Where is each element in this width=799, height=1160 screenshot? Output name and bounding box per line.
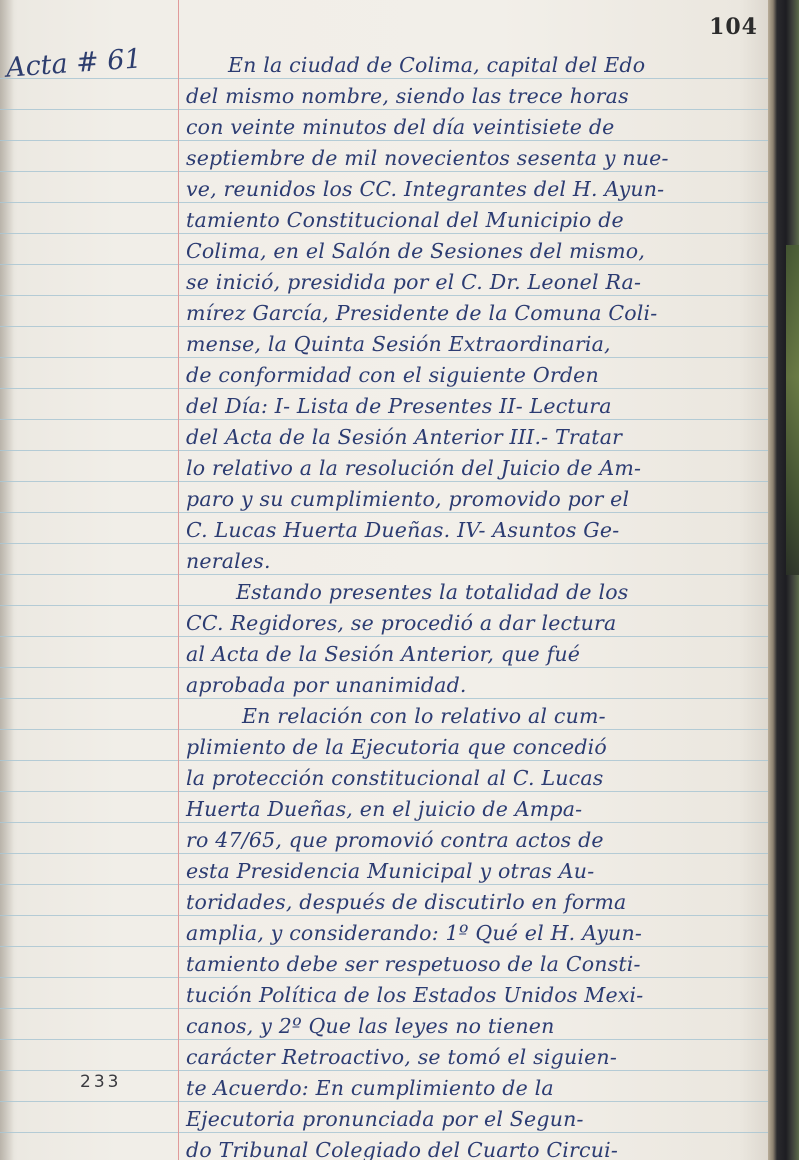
text-line: al Acta de la Sesión Anterior, que fué bbox=[186, 639, 580, 669]
text-line: mírez García, Presidente de la Comuna Co… bbox=[186, 298, 657, 328]
text-line: mense, la Quinta Sesión Extraordinaria, bbox=[186, 329, 611, 359]
text-line: tución Política de los Estados Unidos Me… bbox=[186, 980, 643, 1010]
text-line: En relación con lo relativo al cum- bbox=[242, 701, 606, 731]
text-line: se inició, presidida por el C. Dr. Leone… bbox=[186, 267, 641, 297]
text-line: Ejecutoria pronunciada por el Segun- bbox=[186, 1104, 584, 1134]
background-foliage bbox=[786, 245, 799, 575]
text-line: Estando presentes la totalidad de los bbox=[236, 577, 628, 607]
text-line: En la ciudad de Colima, capital del Edo bbox=[228, 50, 645, 80]
text-line: del Acta de la Sesión Anterior III.- Tra… bbox=[186, 422, 622, 452]
text-line: do Tribunal Colegiado del Cuarto Circui- bbox=[186, 1135, 618, 1160]
text-line: tamiento Constitucional del Municipio de bbox=[186, 205, 624, 235]
text-line: tamiento debe ser respetuoso de la Const… bbox=[186, 949, 641, 979]
text-line: septiembre de mil novecientos sesenta y … bbox=[186, 143, 669, 173]
text-line: de conformidad con el siguiente Orden bbox=[186, 360, 599, 390]
page-gutter-shadow bbox=[0, 0, 14, 1160]
text-line: ve, reunidos los CC. Integrantes del H. … bbox=[186, 174, 664, 204]
text-line: del Día: I- Lista de Presentes II- Lectu… bbox=[186, 391, 612, 421]
text-line: nerales. bbox=[186, 546, 271, 576]
text-line: aprobada por unanimidad. bbox=[186, 670, 467, 700]
text-line: con veinte minutos del día veintisiete d… bbox=[186, 112, 614, 142]
text-line: ro 47/65, que promovió contra actos de bbox=[186, 825, 604, 855]
book-binding-edge bbox=[768, 0, 799, 1160]
text-line: CC. Regidores, se procedió a dar lectura bbox=[186, 608, 616, 638]
text-line: carácter Retroactivo, se tomó el siguien… bbox=[186, 1042, 617, 1072]
ledger-page: 104 Acta # 61 233 En la ciudad de Colima… bbox=[0, 0, 768, 1160]
text-line: paro y su cumplimiento, promovido por el bbox=[186, 484, 629, 514]
text-line: te Acuerdo: En cumplimiento de la bbox=[186, 1073, 554, 1103]
text-line: la protección constitucional al C. Lucas bbox=[186, 763, 604, 793]
text-line: plimiento de la Ejecutoria que concedió bbox=[186, 732, 607, 762]
text-line: esta Presidencia Municipal y otras Au- bbox=[186, 856, 594, 886]
text-line: lo relativo a la resolución del Juicio d… bbox=[186, 453, 641, 483]
text-line: del mismo nombre, siendo las trece horas bbox=[186, 81, 629, 111]
text-line: toridades, después de discutirlo en form… bbox=[186, 887, 626, 917]
text-line: Colima, en el Salón de Sesiones del mism… bbox=[186, 236, 645, 266]
text-line: canos, y 2º Que las leyes no tienen bbox=[186, 1011, 555, 1041]
text-line: Huerta Dueñas, en el juicio de Ampa- bbox=[186, 794, 582, 824]
folio-margin-number: 233 bbox=[80, 1072, 121, 1092]
text-line: C. Lucas Huerta Dueñas. IV- Asuntos Ge- bbox=[186, 515, 619, 545]
page-number: 104 bbox=[709, 14, 758, 40]
ruled-line bbox=[0, 574, 768, 575]
red-margin-line bbox=[178, 0, 179, 1160]
text-line: amplia, y considerando: 1º Qué el H. Ayu… bbox=[186, 918, 642, 948]
